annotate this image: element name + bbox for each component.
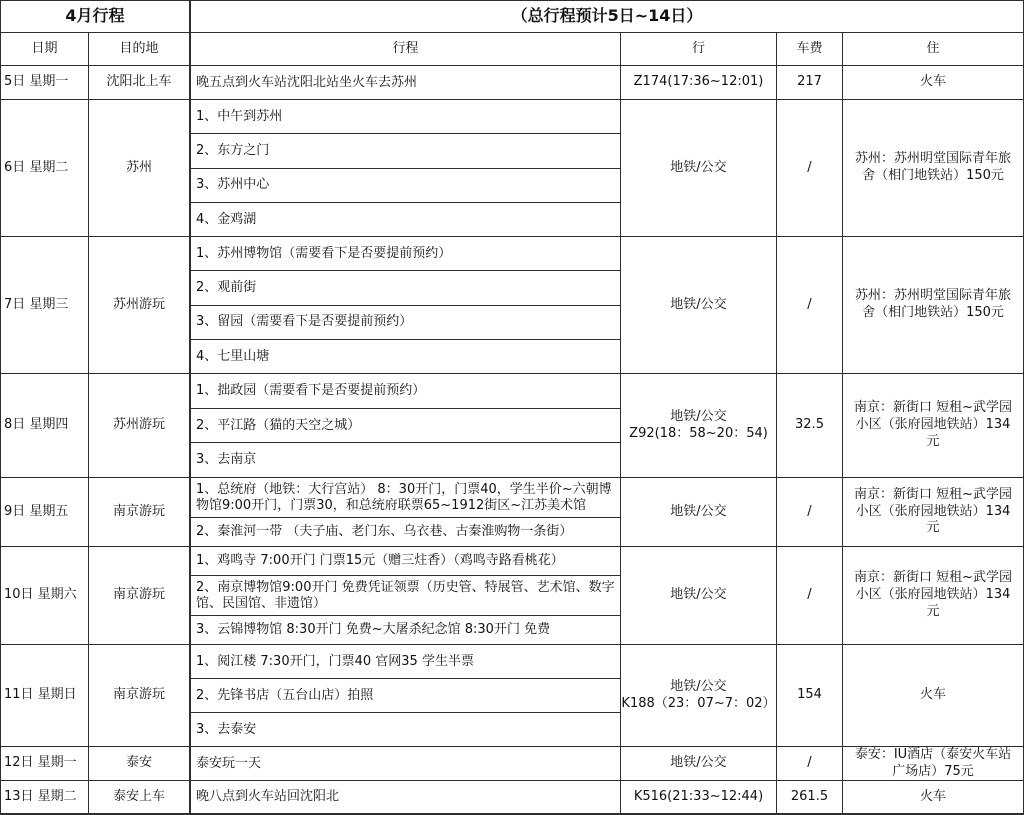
fare-cell: 32.5 bbox=[777, 374, 843, 477]
itinerary-item: 晚五点到火车站沈阳北站坐火车去苏州 bbox=[191, 66, 620, 99]
date-cell: 13日 星期二 bbox=[1, 781, 89, 813]
table-row: 7日 星期三 苏州游玩 1、苏州博物馆（需要看下是否要提前预约） 2、观前街 3… bbox=[1, 237, 1023, 374]
transport-cell: K516(21:33~12:44) bbox=[621, 789, 776, 806]
destination-cell: 苏州游玩 bbox=[89, 374, 191, 477]
fare-cell: / bbox=[777, 100, 843, 236]
itinerary-item: 1、鸡鸣寺 7:00开门 门票15元（赠三炷香）（鸡鸣寺路看桃花） bbox=[191, 547, 620, 576]
destination-cell: 南京游玩 bbox=[89, 478, 191, 546]
stay-cell: 火车 bbox=[843, 66, 1023, 99]
transport-cell: 地铁/公交 bbox=[621, 755, 776, 772]
itinerary-item: 3、苏州中心 bbox=[191, 169, 620, 203]
itinerary-item: 3、去南京 bbox=[191, 443, 620, 477]
itinerary-table: 4月行程 （总行程预计5日~14日） 日期 目的地 行程 行 车费 住 5日 星… bbox=[0, 0, 1024, 815]
itinerary-item: 3、留园（需要看下是否要提前预约） bbox=[191, 306, 620, 340]
itinerary-item: 1、中午到苏州 bbox=[191, 100, 620, 134]
date-cell: 8日 星期四 bbox=[1, 374, 89, 477]
stay-cell: 南京：新街口 短租~武学园小区（张府园地铁站）134元 bbox=[843, 547, 1023, 644]
date-cell: 11日 星期日 bbox=[1, 645, 89, 746]
date-cell: 9日 星期五 bbox=[1, 478, 89, 546]
itinerary-item: 3、去泰安 bbox=[191, 713, 620, 746]
column-header-fare: 车费 bbox=[777, 33, 843, 65]
fare-cell: / bbox=[777, 547, 843, 644]
transport-cell: Z174(17:36~12:01) bbox=[621, 74, 776, 91]
itinerary-item: 4、七里山塘 bbox=[191, 340, 620, 373]
transport-cell: 地铁/公交 bbox=[621, 160, 776, 177]
table-row: 9日 星期五 南京游玩 1、总统府（地铁：大行宫站） 8：30开门，门票40，学… bbox=[1, 478, 1023, 547]
itinerary-item: 1、阅江楼 7:30开门，门票40 官网35 学生半票 bbox=[191, 645, 620, 679]
table-row: 10日 星期六 南京游玩 1、鸡鸣寺 7:00开门 门票15元（赠三炷香）（鸡鸣… bbox=[1, 547, 1023, 645]
itinerary-item: 2、秦淮河一带 （夫子庙、老门东、乌衣巷、古秦淮购物一条街） bbox=[191, 518, 620, 546]
date-cell: 7日 星期三 bbox=[1, 237, 89, 373]
table-title: 4月行程 bbox=[1, 1, 191, 32]
column-header-itinerary: 行程 bbox=[191, 33, 621, 65]
itinerary-item: 2、南京博物馆9:00开门 免费凭证领票（历史管、特展管、艺术馆、数字馆、民国馆… bbox=[191, 576, 620, 616]
table-row: 13日 星期二 泰安上车 晚八点到火车站回沈阳北 K516(21:33~12:4… bbox=[1, 781, 1023, 814]
stay-cell: 苏州：苏州明堂国际青年旅舍（相门地铁站）150元 bbox=[843, 100, 1023, 236]
transport-mode: 地铁/公交 bbox=[621, 679, 776, 696]
stay-cell: 南京：新街口 短租~武学园小区（张府园地铁站）134元 bbox=[843, 374, 1023, 477]
date-cell: 12日 星期一 bbox=[1, 747, 89, 780]
table-row: 11日 星期日 南京游玩 1、阅江楼 7:30开门，门票40 官网35 学生半票… bbox=[1, 645, 1023, 747]
itinerary-item: 晚八点到火车站回沈阳北 bbox=[191, 781, 620, 813]
table-subtitle: （总行程预计5日~14日） bbox=[191, 1, 1023, 32]
destination-cell: 沈阳北上车 bbox=[89, 66, 191, 99]
itinerary-item: 泰安玩一天 bbox=[191, 747, 620, 780]
destination-cell: 泰安上车 bbox=[89, 781, 191, 813]
column-header-row: 日期 目的地 行程 行 车费 住 bbox=[1, 33, 1023, 66]
stay-cell: 火车 bbox=[843, 645, 1023, 746]
fare-cell: / bbox=[777, 237, 843, 373]
date-cell: 6日 星期二 bbox=[1, 100, 89, 236]
column-header-transport: 行 bbox=[621, 33, 777, 65]
fare-cell: 154 bbox=[777, 645, 843, 746]
date-cell: 10日 星期六 bbox=[1, 547, 89, 644]
stay-cell: 南京：新街口 短租~武学园小区（张府园地铁站）134元 bbox=[843, 478, 1023, 546]
date-cell: 5日 星期一 bbox=[1, 66, 89, 99]
transport-cell: 地铁/公交 bbox=[621, 504, 776, 521]
itinerary-item: 2、平江路（猫的天空之城） bbox=[191, 409, 620, 444]
fare-cell: 217 bbox=[777, 66, 843, 99]
transport-train: K188（23：07~7：02） bbox=[621, 696, 776, 713]
title-row: 4月行程 （总行程预计5日~14日） bbox=[1, 1, 1023, 33]
fare-cell: / bbox=[777, 478, 843, 546]
itinerary-item: 2、观前街 bbox=[191, 271, 620, 305]
transport-mode: 地铁/公交 bbox=[621, 409, 776, 426]
table-row: 12日 星期一 泰安 泰安玩一天 地铁/公交 / 泰安：IU酒店（泰安火车站广场… bbox=[1, 747, 1023, 781]
itinerary-item: 1、拙政园（需要看下是否要提前预约） bbox=[191, 374, 620, 409]
itinerary-item: 2、先锋书店（五台山店）拍照 bbox=[191, 679, 620, 713]
table-row: 8日 星期四 苏州游玩 1、拙政园（需要看下是否要提前预约） 2、平江路（猫的天… bbox=[1, 374, 1023, 478]
table-row: 6日 星期二 苏州 1、中午到苏州 2、东方之门 3、苏州中心 4、金鸡湖 地铁… bbox=[1, 100, 1023, 237]
column-header-destination: 目的地 bbox=[89, 33, 191, 65]
itinerary-item: 2、东方之门 bbox=[191, 134, 620, 168]
fare-cell: / bbox=[777, 747, 843, 780]
destination-cell: 南京游玩 bbox=[89, 547, 191, 644]
column-header-date: 日期 bbox=[1, 33, 89, 65]
stay-cell: 泰安：IU酒店（泰安火车站广场店）75元 bbox=[843, 747, 1023, 780]
fare-cell: 261.5 bbox=[777, 781, 843, 813]
itinerary-item: 4、金鸡湖 bbox=[191, 203, 620, 236]
itinerary-item: 3、云锦博物馆 8:30开门 免费~大屠杀纪念馆 8:30开门 免费 bbox=[191, 616, 620, 644]
destination-cell: 泰安 bbox=[89, 747, 191, 780]
transport-cell: 地铁/公交 K188（23：07~7：02） bbox=[621, 645, 777, 746]
transport-cell: 地铁/公交 bbox=[621, 587, 776, 604]
stay-cell: 苏州：苏州明堂国际青年旅舍（相门地铁站）150元 bbox=[843, 237, 1023, 373]
destination-cell: 苏州 bbox=[89, 100, 191, 236]
column-header-stay: 住 bbox=[843, 33, 1023, 65]
itinerary-item: 1、苏州博物馆（需要看下是否要提前预约） bbox=[191, 237, 620, 271]
itinerary-item: 1、总统府（地铁：大行宫站） 8：30开门，门票40，学生半价~六朝博物馆9:0… bbox=[191, 478, 620, 518]
destination-cell: 南京游玩 bbox=[89, 645, 191, 746]
stay-cell: 火车 bbox=[843, 781, 1023, 813]
table-row: 5日 星期一 沈阳北上车 晚五点到火车站沈阳北站坐火车去苏州 Z174(17:3… bbox=[1, 66, 1023, 100]
transport-train: Z92(18：58~20：54) bbox=[621, 426, 776, 443]
transport-cell: 地铁/公交 bbox=[621, 297, 776, 314]
destination-cell: 苏州游玩 bbox=[89, 237, 191, 373]
transport-cell: 地铁/公交 Z92(18：58~20：54) bbox=[621, 374, 777, 477]
